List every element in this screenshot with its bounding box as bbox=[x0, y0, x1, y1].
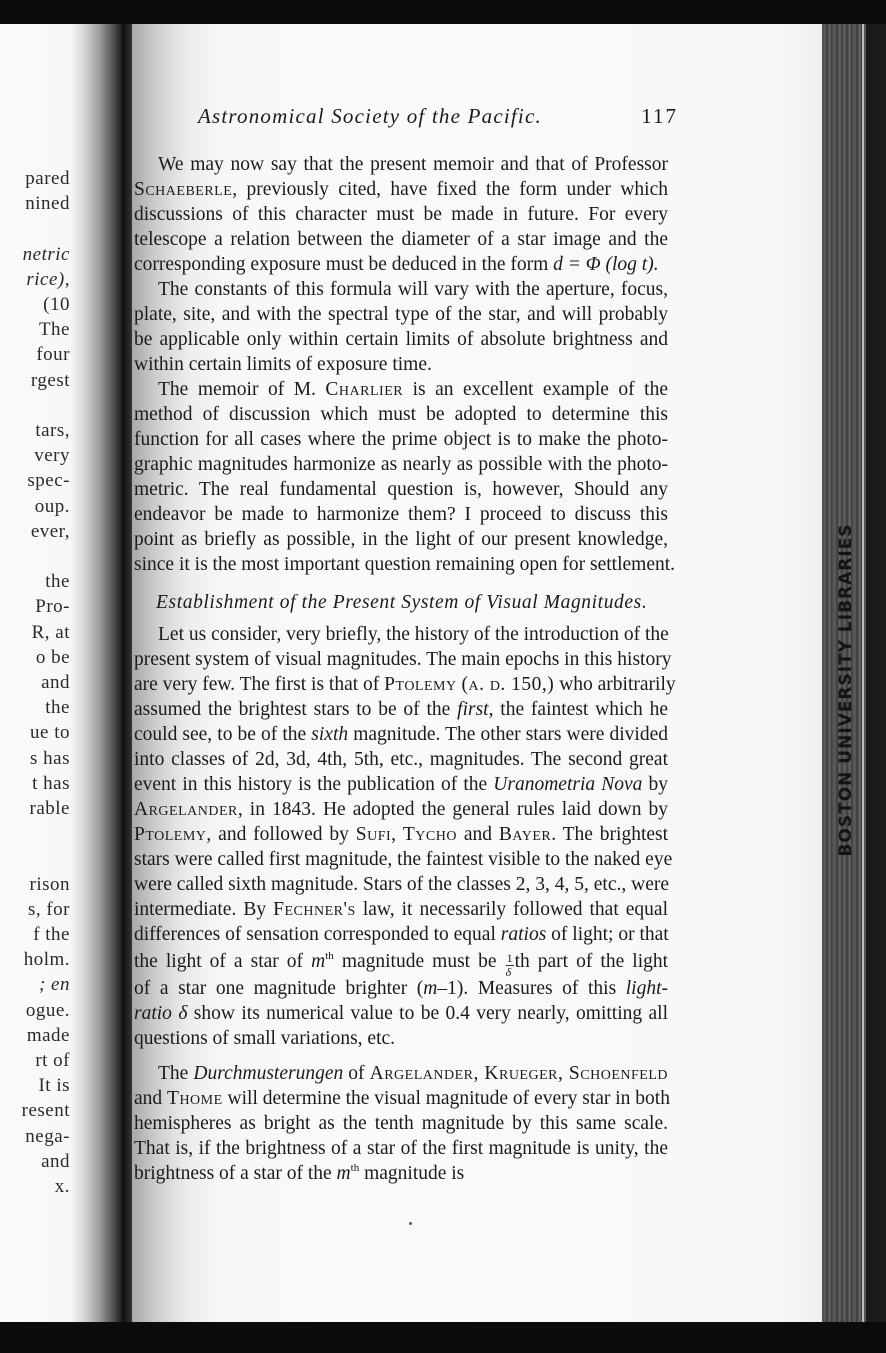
facing-page-line-fragment: rice), bbox=[26, 269, 70, 291]
facing-page-line-fragment: Pro- bbox=[35, 596, 70, 618]
text-line: brightness of a star of the mth magnitud… bbox=[134, 1161, 668, 1186]
author-name: Charlier bbox=[325, 379, 403, 400]
facing-page-line-fragment: s, for bbox=[28, 899, 70, 921]
facing-page-line-fragment: the bbox=[45, 697, 70, 719]
facing-page-line-fragment: ever, bbox=[31, 521, 70, 543]
facing-page-line-fragment: ue to bbox=[30, 722, 70, 744]
text-line: intermediate. By Fechner's law, it neces… bbox=[134, 897, 668, 922]
text-line: ratio δ show its numerical value to be 0… bbox=[134, 1001, 668, 1026]
facing-page-line-fragment: very bbox=[34, 445, 70, 467]
facing-page-line-fragment: (10 bbox=[43, 294, 70, 316]
facing-page-line-fragment: rt of bbox=[35, 1050, 70, 1072]
text-line: metric. The real fundamental question is… bbox=[134, 477, 668, 502]
facing-page-line-fragment: and bbox=[41, 1151, 70, 1173]
facing-page-line-fragment: rison bbox=[30, 874, 71, 896]
facing-page-line-fragment: R, at bbox=[32, 622, 70, 644]
facing-page-line-fragment: nined bbox=[25, 193, 70, 215]
scan-border-top bbox=[0, 0, 886, 24]
text-line: were called sixth magnitude. Stars of th… bbox=[134, 872, 668, 897]
facing-page-line-fragment: It is bbox=[38, 1075, 70, 1097]
text-line: point as briefly as possible, in the lig… bbox=[134, 527, 668, 552]
facing-page-line-fragment: nega- bbox=[25, 1126, 70, 1148]
facing-page-line-fragment: made bbox=[27, 1025, 70, 1047]
running-head: Astronomical Society of the Pacific. 117 bbox=[198, 104, 678, 129]
scan-border-bottom bbox=[0, 1322, 886, 1353]
text-line: of a star one magnitude brighter (m–1). … bbox=[134, 976, 668, 1001]
text-line: differences of sensation corresponded to… bbox=[134, 922, 668, 947]
facing-page-line-fragment: and bbox=[41, 672, 70, 694]
page-number: 117 bbox=[641, 104, 678, 129]
facing-page-line-fragment: holm. bbox=[24, 949, 70, 971]
text-line: method of discussion which must be adopt… bbox=[134, 402, 668, 427]
facing-page-line-fragment: x. bbox=[55, 1176, 70, 1198]
facing-page-line-fragment: ogue. bbox=[26, 1000, 70, 1022]
text-line: discussions of this character must be ma… bbox=[134, 202, 668, 227]
facing-page-line-fragment: oup. bbox=[35, 496, 70, 518]
text-line: endeavor be made to harmonize them? I pr… bbox=[134, 502, 668, 527]
journal-title: Astronomical Society of the Pacific. bbox=[198, 104, 542, 128]
text-line: The constants of this formula will vary … bbox=[134, 277, 668, 302]
facing-page-line-fragment: o be bbox=[36, 647, 70, 669]
text-line: The memoir of M. Charlier is an excellen… bbox=[134, 377, 668, 402]
text-line: into classes of 2d, 3d, 4th, 5th, etc., … bbox=[134, 747, 668, 772]
text-line: telescope a relation between the diamete… bbox=[134, 227, 668, 252]
text-line: assumed the brightest stars to be of the… bbox=[134, 697, 668, 722]
facing-page-line-fragment: resent bbox=[22, 1100, 70, 1122]
text-line: hemispheres as bright as the tenth magni… bbox=[134, 1111, 668, 1136]
section-heading: Establishment of the Present System of V… bbox=[156, 592, 647, 614]
text-line: That is, if the brightness of a star of … bbox=[134, 1136, 668, 1161]
text-line: Ptolemy, and followed by Sufi, Tycho and… bbox=[134, 822, 668, 847]
text-line: since it is the most important question … bbox=[134, 552, 668, 577]
text-line: be applicable only within certain limits… bbox=[134, 327, 668, 352]
text-line: and Thome will determine the visual magn… bbox=[134, 1086, 668, 1111]
author-name: Schaeberle bbox=[134, 179, 232, 200]
facing-page-line-fragment: pared bbox=[25, 168, 70, 190]
fraction: 1δ bbox=[506, 952, 514, 979]
text-line: present system of visual magnitudes. The… bbox=[134, 647, 668, 672]
facing-page-line-fragment: rable bbox=[30, 798, 70, 820]
text-line: event in this history is the publication… bbox=[134, 772, 668, 797]
facing-page-line-fragment: ; en bbox=[39, 974, 70, 996]
facing-page-line-fragment: s has bbox=[30, 748, 70, 770]
text-line: Argelander, in 1843. He adopted the gene… bbox=[134, 797, 668, 822]
text-line: plate, site, and with the spectral type … bbox=[134, 302, 668, 327]
text-line: graphic magnitudes harmonize as nearly a… bbox=[134, 452, 668, 477]
text-line: questions of small variations, etc. bbox=[134, 1026, 668, 1051]
book-title: Uranometria Nova bbox=[493, 774, 642, 795]
facing-page-line-fragment: the bbox=[45, 571, 70, 593]
text-line: Schaeberle, previously cited, have fixed… bbox=[134, 177, 668, 202]
text-line: within certain limits of exposure time. bbox=[134, 352, 668, 377]
facing-page-line-fragment: netric bbox=[23, 244, 70, 266]
text-line: function for all cases where the prime o… bbox=[134, 427, 668, 452]
text-line: Let us consider, very briefly, the histo… bbox=[134, 622, 668, 647]
facing-page-line-fragment: The bbox=[39, 319, 70, 341]
facing-page-line-fragment: four bbox=[36, 344, 70, 366]
text-line: could see, to be of the sixth magnitude.… bbox=[134, 722, 668, 747]
facing-page-line-fragment: rgest bbox=[31, 370, 70, 392]
facing-page-line-fragment: spec- bbox=[27, 470, 70, 492]
text-line: corresponding exposure must be deduced i… bbox=[134, 252, 668, 277]
formula: d = Φ (log t). bbox=[553, 254, 658, 275]
library-edge-stamp: BOSTON UNIVERSITY LIBRARIES bbox=[836, 520, 860, 860]
text-line: The Durchmusterungen of Argelander, Krue… bbox=[134, 1061, 668, 1086]
facing-page-line-fragment: tars, bbox=[35, 420, 70, 442]
facing-page-line-fragment: f the bbox=[33, 924, 70, 946]
paper-speck bbox=[409, 1222, 412, 1225]
text-line: the light of a star of mth magnitude mus… bbox=[134, 949, 668, 979]
text-line: We may now say that the present memoir a… bbox=[134, 152, 668, 177]
text-line: are very few. The first is that of Ptole… bbox=[134, 672, 668, 697]
facing-page-left: paredninednetricrice),(10Thefourrgesttar… bbox=[0, 20, 132, 1325]
facing-page-line-fragment: t has bbox=[32, 773, 70, 795]
text-line: stars were called first magnitude, the f… bbox=[134, 847, 668, 872]
